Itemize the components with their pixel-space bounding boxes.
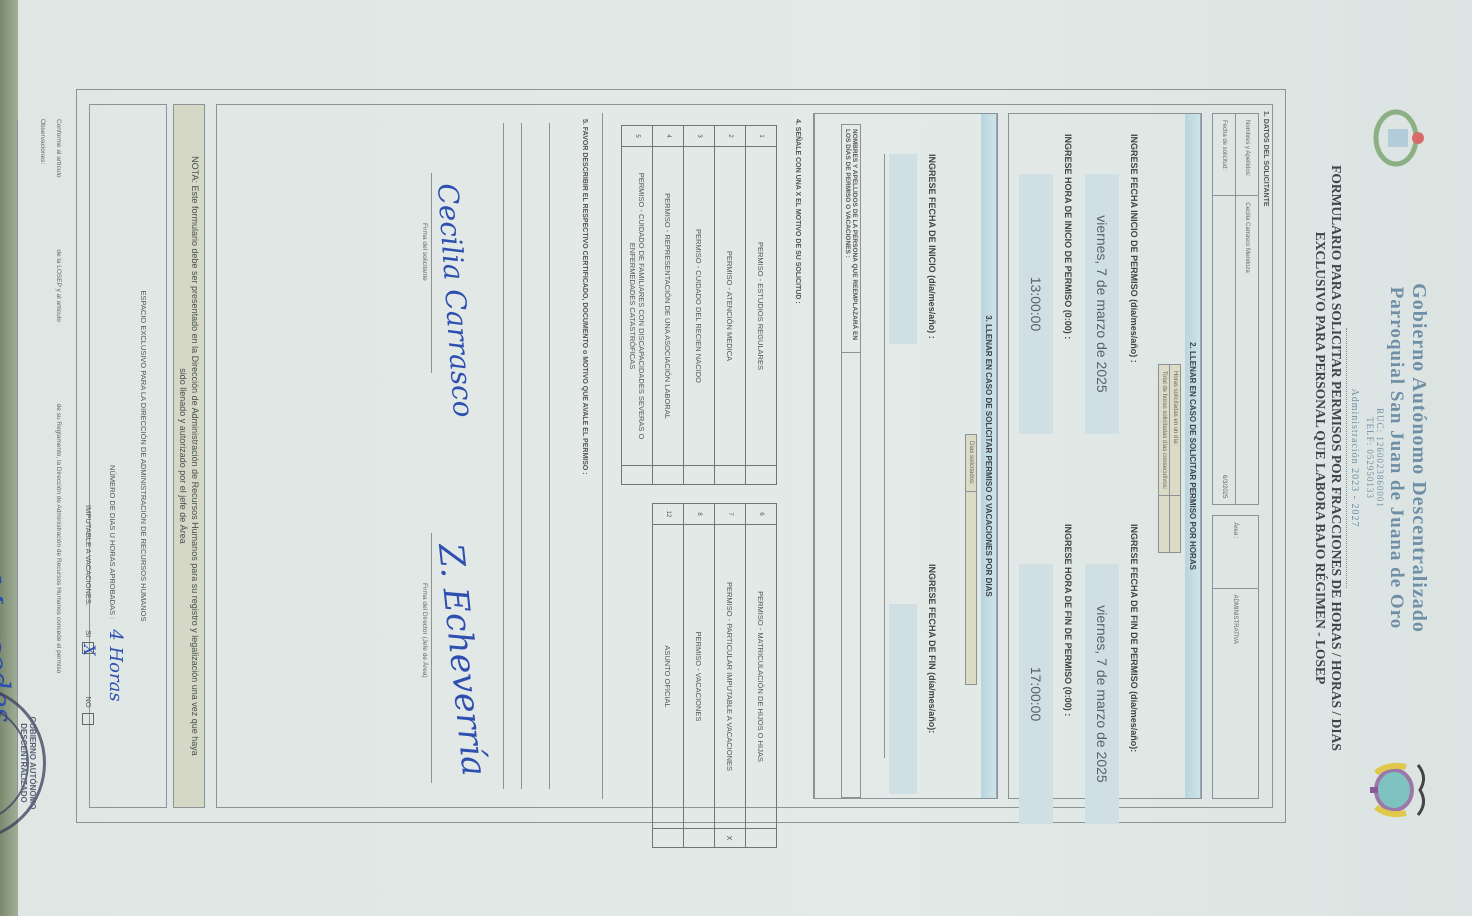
reason-row: 5PERMISO - CUIDADO DE FAMILIARES CON DIS… xyxy=(622,126,653,485)
request-date-label: Fecha de solicitud: xyxy=(1213,114,1236,196)
reason-row: 6PERMISO - MATRICULACIÓN DE HIJOS O HIJA… xyxy=(746,504,777,848)
reason-number: 6 xyxy=(746,504,777,525)
request-date-field[interactable]: 6/3/2025 xyxy=(1213,196,1236,505)
reason-number: 7 xyxy=(715,504,746,525)
start-date-field[interactable]: viernes, 7 de marzo de 2025 xyxy=(1085,174,1119,434)
reason-text: PERMISO - REPRESENTACIÓN DE UNA ASOCIACI… xyxy=(653,147,684,466)
days-end-field[interactable] xyxy=(889,604,917,794)
section4-heading: 4. SEÑALE CON UNA X EL MOTIVO DE SU SOLI… xyxy=(791,113,813,799)
hours-requested-table: Horas solicitadas en un día: Total de ho… xyxy=(1158,364,1181,553)
reason-mark-cell[interactable] xyxy=(746,829,777,848)
days-requested-label: Días solicitados: xyxy=(966,435,977,492)
start-time-label: INGRESE HORA DE INICIO DE PERMISO (0:00)… xyxy=(1063,134,1073,339)
reason-number: 1 xyxy=(746,126,777,147)
form-body: 1. DATOS DEL SOLICITANTE Nombres y Apell… xyxy=(216,104,1273,808)
org-name: Gobierno Autónomo Descentralizado xyxy=(1407,63,1430,853)
official-stamp: GOBIERNO AUTÓNOMO DESCENTRALIZADO SAN JU… xyxy=(0,685,46,841)
imputable-row: IMPUTABLE A VACACIONES: SI X NO xyxy=(82,505,94,725)
org-administration: Administración 2023 - 2027 xyxy=(1346,328,1360,587)
replacement-label: NOMBRES Y APELLIDOS DE LA PERSONA QUE RE… xyxy=(842,125,861,353)
reason-text: PERMISO - MATRICULACIÓN DE HIJOS O HIJAS xyxy=(746,525,777,829)
end-time-label: INGRESE HORA DE FIN DE PERMISO (0:00) : xyxy=(1063,524,1073,716)
area-field[interactable]: ADMINISTRATIVA xyxy=(1213,588,1259,798)
section5-justification: 5. FAVOR DESCRIBIR EL RESPECTIVO CERTIFI… xyxy=(512,113,603,799)
reason-text: PERMISO - CUIDADO DE FAMILIARES CON DISC… xyxy=(622,147,653,466)
note-line1: NOTA: Este formulario debe ser presentad… xyxy=(189,109,201,803)
name-label: Nombres y Apellidos: xyxy=(1236,114,1259,196)
org-subname: Parroquial San Juan de Juana de Oro xyxy=(1385,63,1407,853)
section4-reason: 4. SEÑALE CON UNA X EL MOTIVO DE SU SOLI… xyxy=(603,113,814,799)
reason-number: 12 xyxy=(653,504,684,525)
reason-table-right: 6PERMISO - MATRICULACIÓN DE HIJOS O HIJA… xyxy=(652,503,777,848)
approved-value-field[interactable]: 4 Horas xyxy=(105,629,126,701)
area-table: Área : ADMINISTRATIVA xyxy=(1212,515,1259,799)
reason-number: 4 xyxy=(653,126,684,147)
observaciones-line-1[interactable] xyxy=(17,119,18,793)
observaciones-label: Observaciones: xyxy=(39,119,46,164)
replacement-field[interactable] xyxy=(842,353,861,798)
reason-text: PERMISO - ESTUDIOS REGULARES xyxy=(746,147,777,466)
si-checkbox[interactable]: X xyxy=(82,642,94,654)
conforme-text-1: Conforme al artículo xyxy=(55,119,62,178)
days-start-label: INGRESE FECHA DE INICIO (día/mes/año) : xyxy=(927,154,937,339)
conforme-row: Conforme al artículo de la LOSEP y al ar… xyxy=(55,119,62,839)
end-date-field[interactable]: viernes, 7 de marzo de 2025 xyxy=(1085,564,1119,824)
name-field[interactable]: Cecilia Carrasco Mendoza xyxy=(1236,196,1259,505)
form-title-line1: FORMULARIO PARA SOLICITAR PERMISOS POR F… xyxy=(1328,63,1344,853)
justification-line-2 xyxy=(521,123,522,789)
note-line2: sido llenado y autorizado por el jefe de… xyxy=(177,109,189,803)
reason-mark-cell[interactable] xyxy=(715,466,746,485)
si-label: SI xyxy=(84,630,93,637)
org-phone: TELF: 052950133 xyxy=(1365,63,1375,853)
start-date-label: INGRESE FECHA INICIO DE PERMISO (día/mes… xyxy=(1129,134,1139,363)
area-label: Área : xyxy=(1213,516,1259,588)
no-label: NO xyxy=(84,696,93,707)
reason-row: 1PERMISO - ESTUDIOS REGULARES xyxy=(746,126,777,485)
section5-heading: 5. FAVOR DESCRIBIR EL RESPECTIVO CERTIFI… xyxy=(578,113,602,799)
justification-line-1 xyxy=(549,123,550,789)
hours-total-field[interactable] xyxy=(1159,496,1170,553)
separator-line xyxy=(884,154,885,758)
applicant-signature: Cecilia Carrasco xyxy=(431,182,480,418)
justification-line-3 xyxy=(503,123,504,789)
reason-table-left: 1PERMISO - ESTUDIOS REGULARES2PERMISO - … xyxy=(621,125,777,485)
reason-text: PERMISO - VACACIONES xyxy=(684,525,715,829)
reason-row: 3PERMISO - CUIDADO DEL RECIEN NACIDO xyxy=(684,126,715,485)
si-check-mark: X xyxy=(80,644,99,655)
note-banner: NOTA: Este formulario debe ser presentad… xyxy=(173,104,205,808)
director-signature: Z. Echeverría xyxy=(430,542,494,778)
reason-row: 2PERMISO - ATENCIÓN MEDICA xyxy=(715,126,746,485)
reason-number: 8 xyxy=(684,504,715,525)
hours-total-label: Total de horas solicitadas días consecut… xyxy=(1159,365,1170,496)
reason-mark-cell[interactable] xyxy=(684,829,715,848)
section2-hours-permit: 2. LLENAR EN CASO DE SOLICITAR PERMISO P… xyxy=(1008,113,1202,799)
hours-per-day-field[interactable] xyxy=(1170,496,1181,553)
ecuador-coat-of-arms-icon xyxy=(1368,757,1428,823)
section2-heading: 2. LLENAR EN CASO DE SOLICITAR PERMISO P… xyxy=(1185,114,1201,798)
imputable-label: IMPUTABLE A VACACIONES: xyxy=(84,505,93,606)
form-title: FORMULARIO PARA SOLICITAR PERMISOS POR F… xyxy=(1312,63,1344,853)
applicant-table: Nombres y Apellidos: Cecilia Carrasco Me… xyxy=(1212,113,1259,505)
section3-days-permit: 3. LLENAR EN CASO DE SOLICITAR PERMISO O… xyxy=(814,113,998,799)
director-signature-caption: Firma del Director (Jefe de Área) xyxy=(421,583,428,678)
no-checkbox[interactable] xyxy=(82,713,94,725)
end-date-label: INGRESE FECHA DE FIN DE PERMISO (día/mes… xyxy=(1129,524,1139,752)
approved-row: NÚMERO DE DIAS U HORAS APROBADAS : 4 Hor… xyxy=(105,465,126,702)
reason-mark-cell[interactable] xyxy=(746,466,777,485)
end-time-field[interactable]: 17:00:00 xyxy=(1019,564,1053,824)
reason-text: PERMISO - PARTICULAR IMPUTABLE A VACACIO… xyxy=(715,525,746,829)
days-requested-field[interactable] xyxy=(966,491,977,684)
hr-exclusive-section: ESPACIO EXCLUSIVO PARA LA DIRECCIÓN DE A… xyxy=(89,104,167,808)
document-header: Gobierno Autónomo Descentralizado Parroq… xyxy=(1316,63,1436,853)
reason-text: PERMISO - ATENCIÓN MEDICA xyxy=(715,147,746,466)
reason-row: 8PERMISO - VACACIONES xyxy=(684,504,715,848)
reason-mark-cell[interactable]: X xyxy=(715,829,746,848)
reason-mark-cell[interactable] xyxy=(684,466,715,485)
org-ruc: RUC: 1260023860001 xyxy=(1375,63,1385,853)
start-time-field[interactable]: 13:00:00 xyxy=(1019,174,1053,434)
applicant-signature-line xyxy=(431,173,432,373)
days-start-field[interactable] xyxy=(889,154,917,344)
days-requested-table: Días solicitados: xyxy=(965,434,977,685)
form-title-line2: EXCLUSIVO PARA PERSONAL QUE LABORA BAJO … xyxy=(1312,63,1328,853)
reason-number: 3 xyxy=(684,126,715,147)
section1-heading: 1. DATOS DEL SOLICITANTE xyxy=(1259,105,1272,807)
reason-text: ASUNTO OFICIAL xyxy=(653,525,684,829)
reason-row: 4PERMISO - REPRESENTACIÓN DE UNA ASOCIAC… xyxy=(653,126,684,485)
applicant-data: Nombres y Apellidos: Cecilia Carrasco Me… xyxy=(1212,113,1259,799)
reason-row: 12ASUNTO OFICIAL xyxy=(653,504,684,848)
replacement-table: NOMBRES Y APELLIDOS DE LA PERSONA QUE RE… xyxy=(841,124,861,798)
hr-section-title: ESPACIO EXCLUSIVO PARA LA DIRECCIÓN DE A… xyxy=(139,105,148,807)
hours-per-day-label: Horas solicitadas en un día: xyxy=(1170,365,1181,496)
section3-heading: 3. LLENAR EN CASO DE SOLICITAR PERMISO O… xyxy=(981,114,997,798)
form-outer-border: 1. DATOS DEL SOLICITANTE Nombres y Apell… xyxy=(76,89,1286,823)
reason-number: 2 xyxy=(715,126,746,147)
conforme-text-2: de la LOSEP y al artículo xyxy=(55,249,62,322)
days-end-label: INGRESE FECHA DE FIN (día/mes/año): xyxy=(927,564,937,733)
stamp-top-text: GOBIERNO AUTÓNOMO DESCENTRALIZADO xyxy=(19,688,37,838)
reason-number: 5 xyxy=(622,126,653,147)
approved-label: NÚMERO DE DIAS U HORAS APROBADAS : xyxy=(108,465,117,619)
applicant-signature-caption: Firma del solicitante xyxy=(421,223,428,281)
director-signature-line xyxy=(431,533,432,783)
reason-mark-cell[interactable] xyxy=(622,466,653,485)
signatures-area: Cecilia Carrasco Firma del solicitante Z… xyxy=(402,113,512,799)
reason-mark-cell[interactable] xyxy=(653,829,684,848)
conforme-text-3: de su Reglamento, la Dirección de Admini… xyxy=(55,404,62,674)
reason-mark-cell[interactable] xyxy=(653,466,684,485)
permit-form-document: Gobierno Autónomo Descentralizado Parroq… xyxy=(36,63,1436,853)
reason-text: PERMISO - CUIDADO DEL RECIEN NACIDO xyxy=(684,147,715,466)
reason-row: 7PERMISO - PARTICULAR IMPUTABLE A VACACI… xyxy=(715,504,746,848)
organization-heading: Gobierno Autónomo Descentralizado Parroq… xyxy=(1312,63,1430,853)
